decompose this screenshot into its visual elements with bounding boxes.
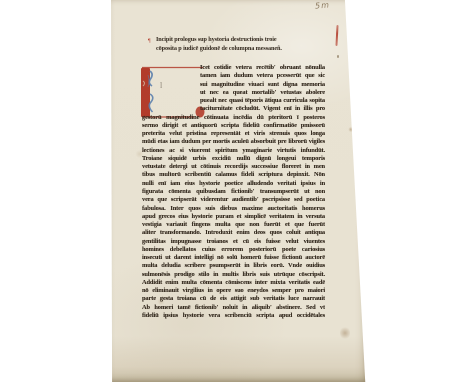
body-text-line: ut nec ea queat mortalib' vetustas abole… xyxy=(200,89,325,97)
body-text-line: gestorū magnitudine cōtinuata incēdia dū… xyxy=(142,114,325,122)
body-text-line: puealt nec quasi tēporis ātiqua curricul… xyxy=(200,97,325,105)
body-text-line: mūdi etas iam dudum per mortis aculeū ab… xyxy=(142,138,325,146)
incipit-rubric: ¶ Incipit prologus sup hystoria destruct… xyxy=(156,36,302,53)
body-text-line: preterita velut pristina representāt et … xyxy=(142,130,325,138)
body-text-line: sermo dirigit et antiquorū scripta fidel… xyxy=(142,122,325,130)
body-text-line: vetustate detergi ut cōtinuis recordijs … xyxy=(142,163,325,171)
body-text-line: Icet cotidie vetera recētib' obruant nōn… xyxy=(200,64,325,72)
body-text-line: tamen iam dudum vetera pcesserūt que sic xyxy=(200,72,325,80)
book-page-photo: 5m ¶ Incipit prologus sup hystoria destr… xyxy=(109,0,366,382)
rubric-line-1: Incipit prologus sup hystoria destructio… xyxy=(156,36,302,45)
body-text-line: vera que scripserāt viderentur audientib… xyxy=(142,196,325,204)
body-text-line: nō eliminauit virgilius in opere suo ene… xyxy=(142,287,325,295)
body-text-line: fideliū ipsius hystorie vera scribenciū … xyxy=(142,312,325,320)
body-text-line: Ab homeri tamē fictionib' noluit in aliq… xyxy=(142,304,325,312)
handwritten-shelfmark: 5m xyxy=(315,0,331,10)
body-text-line: lectiones ac si viuerent spiritum ymagin… xyxy=(142,147,325,155)
red-ink-stroke xyxy=(335,25,338,46)
ink-dot xyxy=(337,55,339,58)
body-text-line: homines debellatos cuius errorem posteri… xyxy=(142,246,325,254)
foxing-spot xyxy=(348,127,354,132)
photo-backdrop: 5m ¶ Incipit prologus sup hystoria destr… xyxy=(0,0,468,382)
body-text-line: aliter transformando. Introduxit enim de… xyxy=(142,229,325,237)
body-text-line: figurata cōmenta quibusdam fictionib' tr… xyxy=(142,188,325,196)
body-text-line: sulmonēsis prodigo stilo in multis libri… xyxy=(142,271,325,279)
body-text-line: taciturnitate cōcludūt. Vigent enī in il… xyxy=(200,105,325,113)
body-text-line: Addidit enim multa cōmenta cōmiscens int… xyxy=(142,279,325,287)
body-text-line: gentilitas impugnasse troianos et cū eis… xyxy=(142,238,325,246)
body-text-line: nulli enī iam eius hystorie poetice allu… xyxy=(142,180,325,188)
rubric-line-2: cōposita p iudicē guidonē de columpna me… xyxy=(156,45,302,54)
body-text-line: tibus multorū scribentiū calamus fideli … xyxy=(142,171,325,179)
body-text-line: sui magnitudine viuaci sunt digna memori… xyxy=(200,81,325,89)
body-text-line: fabulosa. Inter quos suis diebus maxime … xyxy=(142,205,325,213)
foxing-spot xyxy=(340,326,350,340)
body-text-line: insecuti ut darent intelligi nō solū hom… xyxy=(142,254,325,262)
body-text-line: parte gesta troiana cū de eis attigit su… xyxy=(142,295,325,303)
body-text-line: multa deludia scribere psumpserūt in lib… xyxy=(142,262,325,270)
pilcrow-mark: ¶ xyxy=(148,37,150,46)
text-block: Icet cotidie vetera recētib' obruant nōn… xyxy=(142,64,325,320)
body-text-line: vestigia variauit fingens multa que non … xyxy=(142,221,325,229)
body-text-line: Troiane siquidē urbis excidiū nullū dign… xyxy=(142,155,325,163)
body-text-line: apud grecos eius hystorie puram et simpl… xyxy=(142,213,325,221)
